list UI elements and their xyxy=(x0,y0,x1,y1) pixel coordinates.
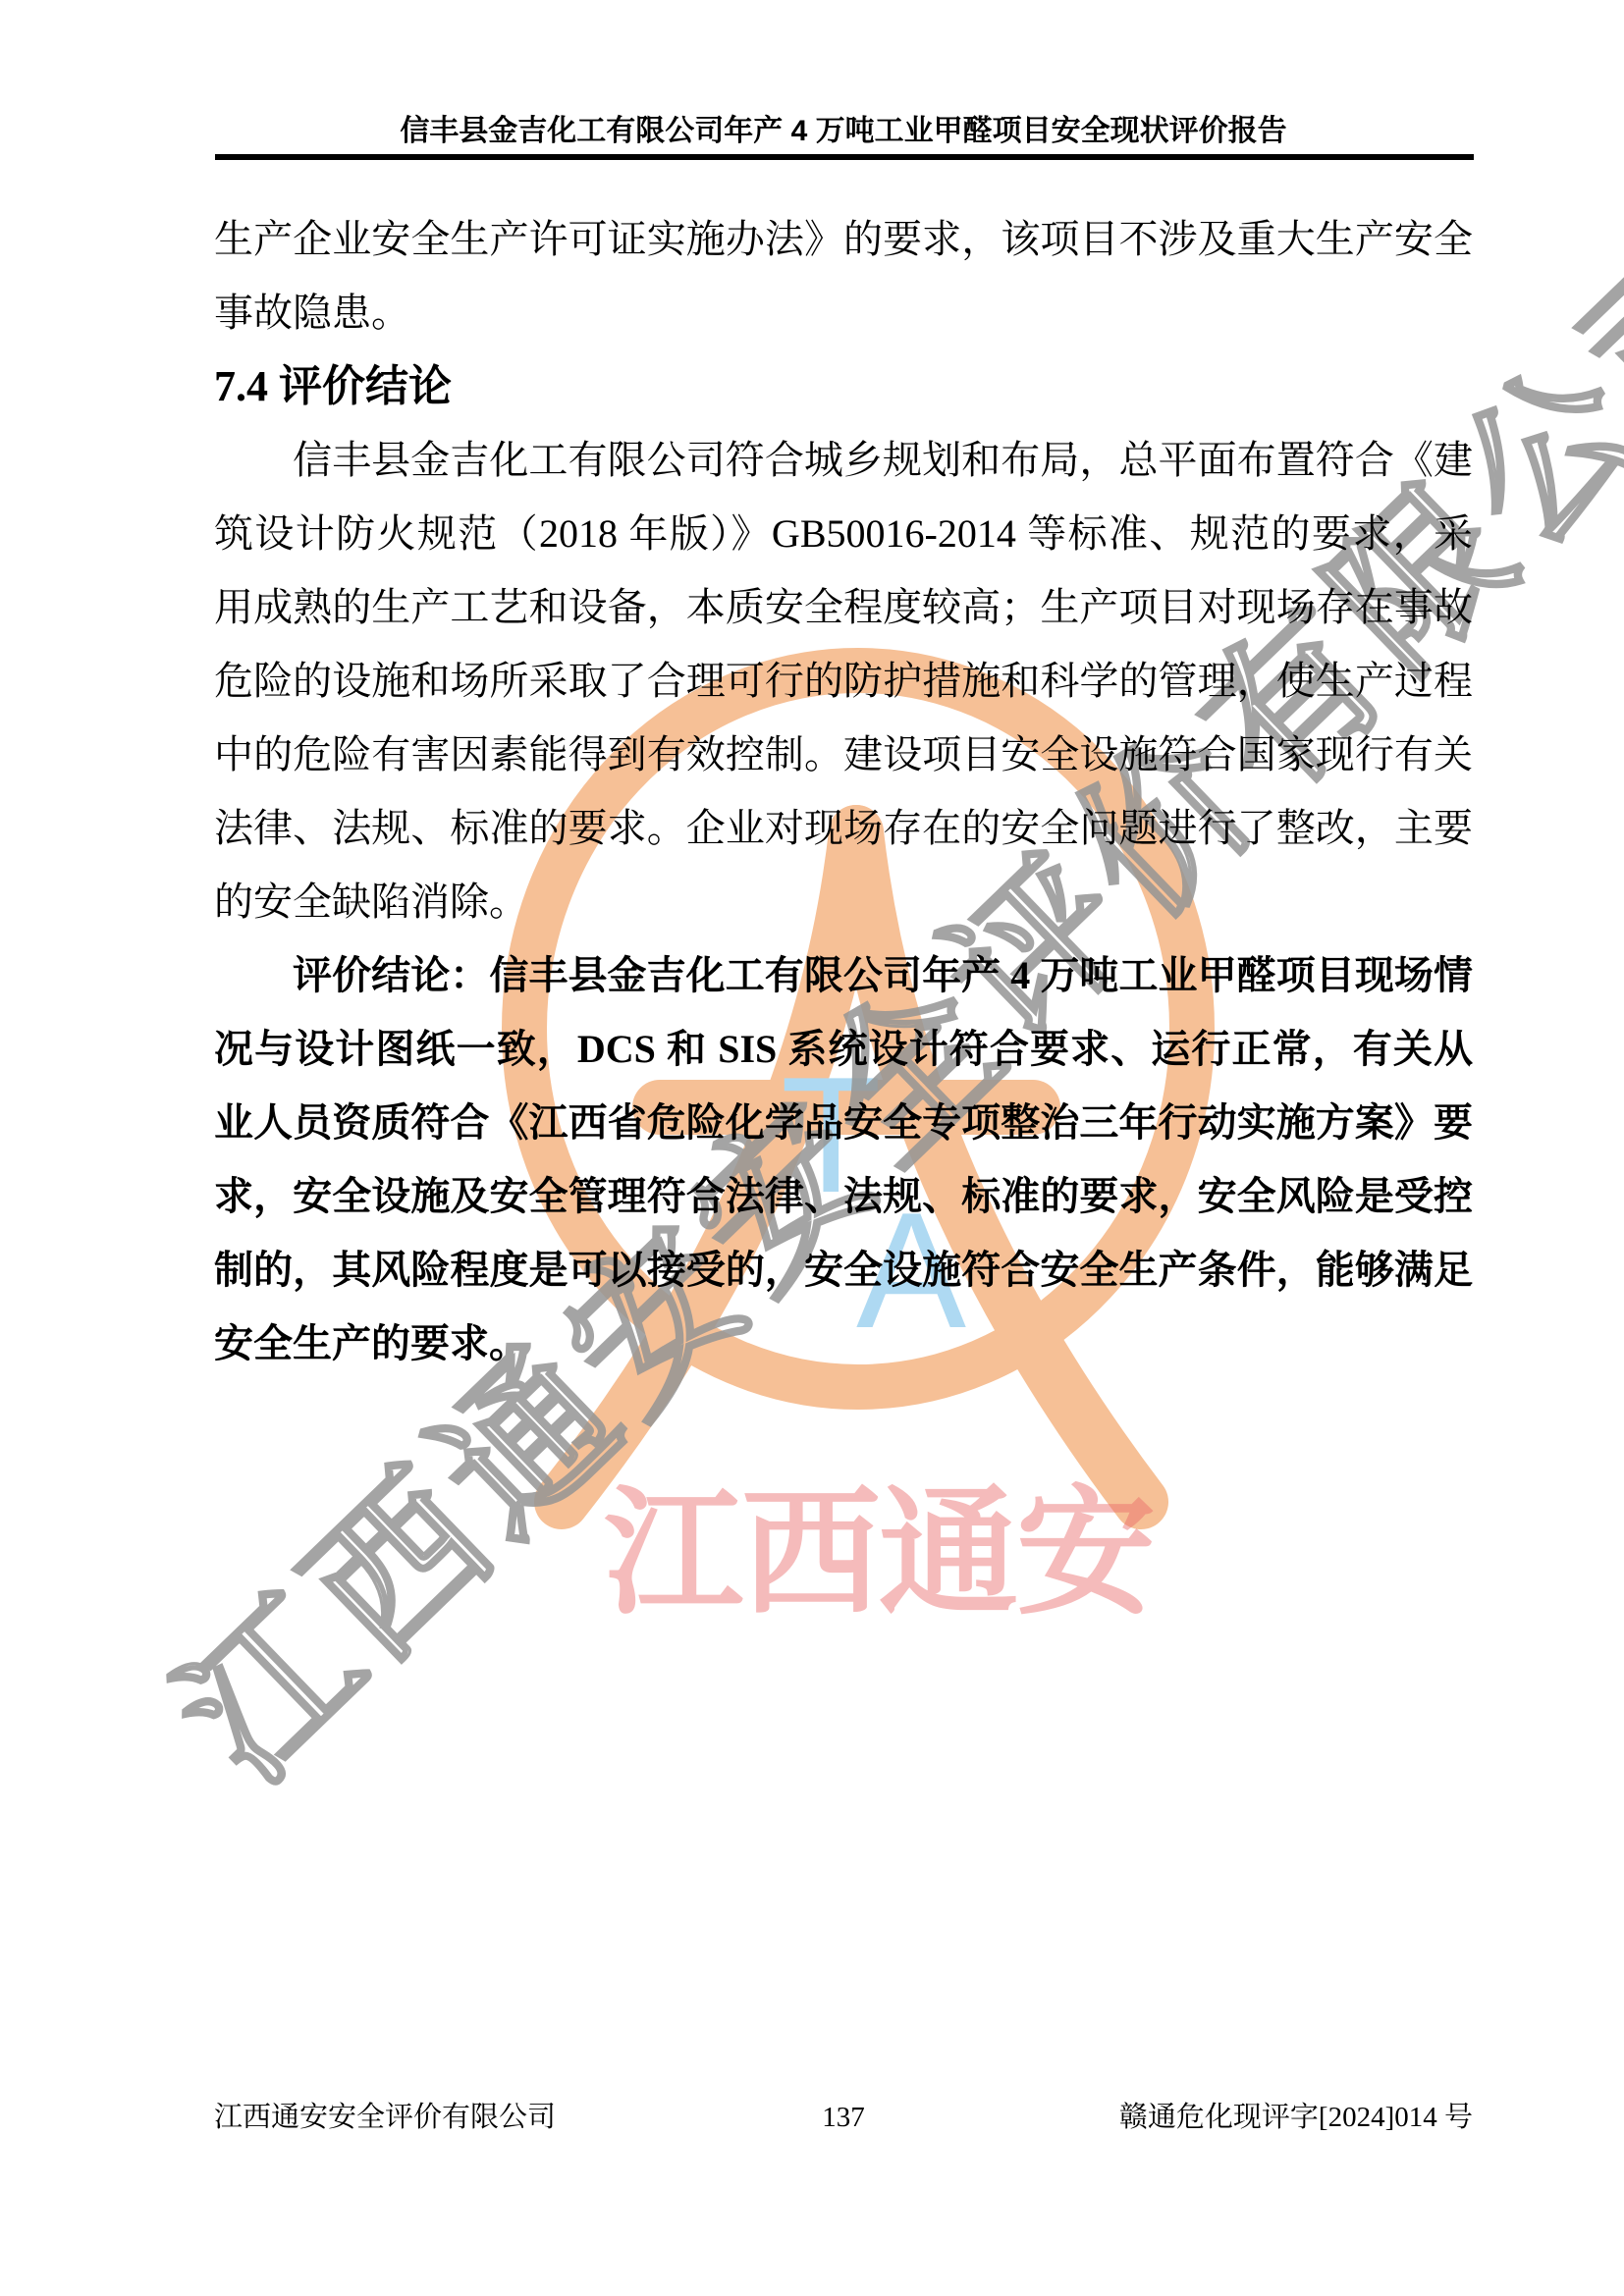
report-page: T A 江西通安 江西通安安全评价有限公司 信丰县金吉化工有限公司年产 4 万吨… xyxy=(0,0,1624,2296)
section-heading: 7.4 评价结论 xyxy=(214,349,1473,423)
footer-page-number: 137 xyxy=(633,2097,1053,2138)
footer-company: 江西通安安全评价有限公司 xyxy=(214,2097,633,2138)
page-footer: 江西通安安全评价有限公司 137 赣通危化现评字[2024]014 号 xyxy=(214,2097,1473,2138)
paragraph-conclusion: 评价结论：信丰县金吉化工有限公司年产 4 万吨工业甲醛项目现场情况与设计图纸一致… xyxy=(214,938,1473,1380)
paragraph-evaluation: 信丰县金吉化工有限公司符合城乡规划和布局，总平面布置符合《建筑设计防火规范（20… xyxy=(214,423,1473,938)
paragraph-continuation: 生产企业安全生产许可证实施办法》的要求，该项目不涉及重大生产安全事故隐患。 xyxy=(214,202,1473,349)
page-header-title: 信丰县金吉化工有限公司年产 4 万吨工业甲醛项目安全现状评价报告 xyxy=(214,110,1473,153)
document-content: 信丰县金吉化工有限公司年产 4 万吨工业甲醛项目安全现状评价报告 生产企业安全生… xyxy=(0,0,1624,2296)
footer-doc-number: 赣通危化现评字[2024]014 号 xyxy=(1054,2097,1473,2138)
body-text: 生产企业安全生产许可证实施办法》的要求，该项目不涉及重大生产安全事故隐患。 7.… xyxy=(214,202,1473,1380)
header-rule xyxy=(215,154,1474,160)
